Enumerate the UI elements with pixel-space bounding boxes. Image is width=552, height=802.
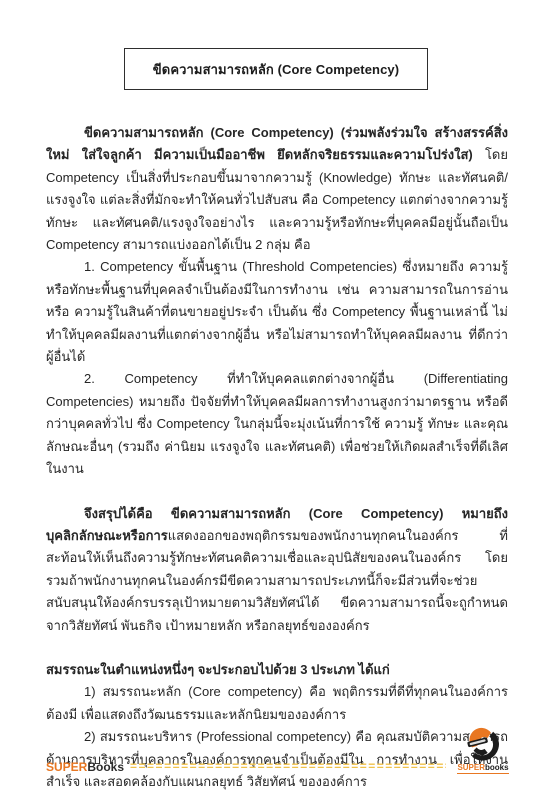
section-heading-competency-types: สมรรถนะในตำแหน่งหนึ่งๆ จะประกอบไปด้วย 3 … xyxy=(46,659,508,681)
paragraph-differentiating-competencies: 2. Competency ที่ทำให้บุคคลแตกต่างจากผู้… xyxy=(46,368,508,480)
superbooks-logo-icon xyxy=(464,727,502,763)
document-body: ขีดความสามารถหลัก (Core Competency) (ร่ว… xyxy=(46,122,508,793)
paragraph-intro-bold: ขีดความสามารถหลัก (Core Competency) (ร่ว… xyxy=(46,125,508,162)
footer-logo-text: SUPERbooks xyxy=(457,763,508,774)
footer-brand-super: SUPER xyxy=(46,760,87,774)
page-title: ขีดความสามารถหลัก (Core Competency) xyxy=(153,62,399,77)
title-box: ขีดความสามารถหลัก (Core Competency) xyxy=(124,48,428,90)
footer-logo: SUPERbooks xyxy=(454,727,512,774)
paragraph-summary: จึงสรุปได้คือ ขีดความสามารถหลัก (Core Co… xyxy=(46,503,508,637)
paragraph-intro-rest: โดย Competency เป็นสิ่งที่ประกอบขึ้นมาจา… xyxy=(46,147,508,252)
footer-logo-books: books xyxy=(485,763,509,772)
paragraph-intro: ขีดความสามารถหลัก (Core Competency) (ร่ว… xyxy=(46,122,508,256)
paragraph-summary-rest: แสดงออกของพฤติกรรมของพนักงานทุกคนในองค์ก… xyxy=(46,528,508,633)
page-footer: SUPERBooks =============================… xyxy=(46,727,512,774)
paragraph-threshold-competencies: 1. Competency ขั้นพื้นฐาน (Threshold Com… xyxy=(46,256,508,368)
footer-brand: SUPERBooks xyxy=(46,760,124,774)
paragraph-core-competency-type: 1) สมรรถนะหลัก (Core competency) คือ พฤต… xyxy=(46,681,508,726)
footer-brand-books: Books xyxy=(87,760,124,774)
footer-logo-super: SUPER xyxy=(457,763,485,772)
footer-divider-line: ========================================… xyxy=(130,759,446,773)
document-page: ขีดความสามารถหลัก (Core Competency) ขีดค… xyxy=(0,0,552,802)
